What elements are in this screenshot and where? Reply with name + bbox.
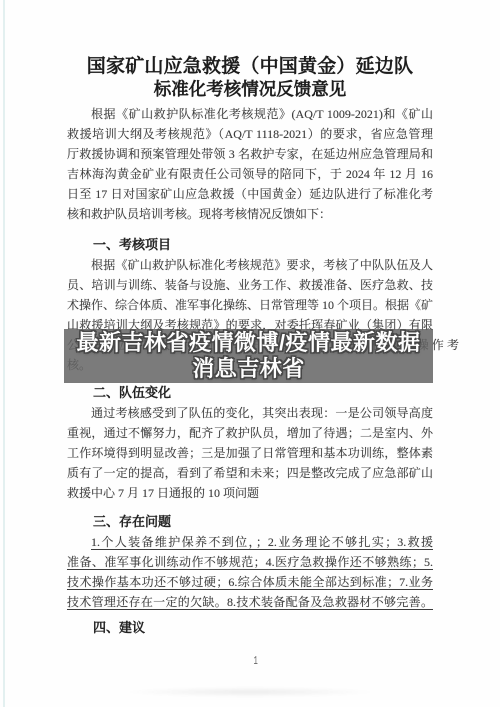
page-number: 1 [253, 654, 257, 668]
text-line: 救援培训大纲及考核规范》（AQ/T 1118-2021）的要求，省应急管理 [67, 124, 433, 144]
intro-paragraph: 根据《矿山救护队标准化考核规范》(AQ/T 1009-2021)和《矿山救援培训… [67, 104, 433, 224]
title-line-2: 标准化考核情况反馈意见 [67, 78, 433, 101]
text-line: 救援中心 7 月 17 日通报的 10 项问题 [67, 483, 433, 503]
text-line: 1.个人装备维护保养不到位，；2.业务理论不够扎实；3.救援 [67, 532, 433, 552]
scanned-document-page: 国家矿山应急救援（中国黄金）延边队 标准化考核情况反馈意见 根据《矿山救护队标准… [0, 0, 500, 707]
title-line-1: 国家矿山应急救援（中国黄金）延边队 [67, 55, 433, 78]
text-line: 吉林海沟黄金矿业有限责任公司领导的陪同下，于 2024 年 12 月 16 [67, 164, 433, 184]
scan-smudge [125, 687, 375, 697]
text-line: 重视，通过不懈努力，配齐了救护队员，增加了待遇；二是室内、外 [67, 423, 433, 443]
text-line: 日至 17 日对国家矿山应急救援（中国黄金）延边队进行了标准化考 [67, 184, 433, 204]
section-2-heading: 二、队伍变化 [67, 383, 433, 403]
text-line: 员、培训与训练、装备与设施、业务工作、救援准备、医疗急救、技 [67, 275, 433, 295]
section-3-paragraph-underlined: 1.个人装备维护保养不到位，；2.业务理论不够扎实；3.救援准备、准军事化训练动… [67, 532, 433, 612]
text-line: 工作环境得到明显改善；三是加强了日常管理和基本功训练，整体素 [67, 443, 433, 463]
text-line: 核和救护队员培训考核。现将考核情况反馈如下： [67, 204, 433, 224]
text-line: 质有了一定的提高，看到了希望和未来；四是整改完成了应急部矿山 [67, 463, 433, 483]
text-line: 准备、准军事化训练动作不够规范；4.医疗急救操作还不够熟练；5. [67, 552, 433, 572]
text-line: 通过考核感受到了队伍的变化，其突出表现：一是公司领导高度 [67, 403, 433, 423]
section-3-heading: 三、存在问题 [67, 512, 433, 532]
text-line: 根据《矿山救护队标准化考核规范》要求，考核了中队队伍及人 [67, 255, 433, 275]
overlay-text-line-2: 消息吉林省 [192, 356, 305, 382]
overlay-text-line-1: 最新吉林省疫情微博/疫情最新数据 [76, 330, 420, 356]
section-4-heading: 四、建议 [67, 618, 433, 638]
document-title: 国家矿山应急救援（中国黄金）延边队 标准化考核情况反馈意见 [67, 55, 433, 101]
text-line: 技术操作基本功还不够过硬；6.综合体质未能全部达到标准；7.业务 [67, 572, 433, 592]
overlay-band: 最新吉林省疫情微博/疫情最新数据 消息吉林省 [64, 329, 433, 383]
section-1-heading: 一、考核项目 [67, 235, 433, 255]
section-2-paragraph: 通过考核感受到了队伍的变化，其突出表现：一是公司领导高度重视，通过不懈努力，配齐… [67, 403, 433, 503]
text-line: 术操作、综合体质、准军事化操练、日常管理等 10 个项目。根据《矿 [67, 295, 433, 315]
text-line: 根据《矿山救护队标准化考核规范》(AQ/T 1009-2021)和《矿山 [67, 104, 433, 124]
scan-edge-line [3, 0, 5, 707]
text-line: 技术管理还存在一定的欠缺。8.技术装备配备及急救器材不够完善。 [67, 592, 433, 612]
text-line: 厅救援协调和预案管理处带领 3 名救护专家，在延边州应急管理局和 [67, 144, 433, 164]
